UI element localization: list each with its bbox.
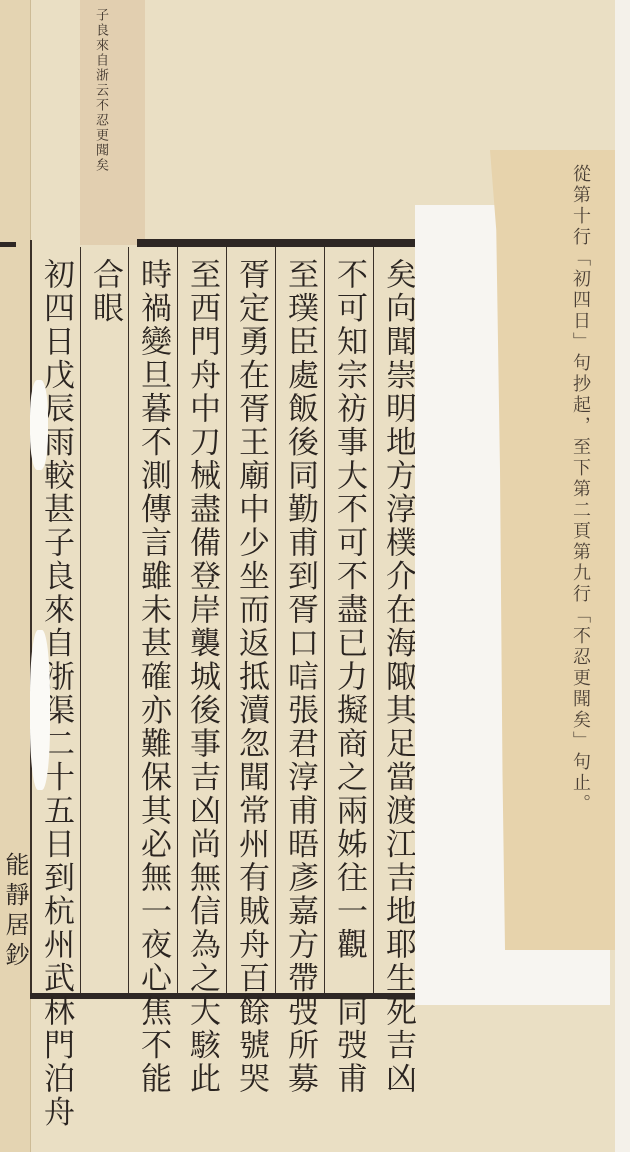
- page-edge: [615, 0, 630, 1152]
- text-column-2: 不可知宗祊事大不可不盡已力擬商之兩姊往一觀 同弢甫: [326, 258, 372, 1096]
- column-rule: [226, 247, 227, 993]
- column-rule: [128, 247, 129, 993]
- text-column-7: 合眼: [82, 258, 128, 325]
- text-column-3: 至璞臣處飯後同勤甫到胥口唁張君淳甫晤彥嘉方帶弢所募: [277, 258, 323, 1096]
- top-note: 子良來自浙云不忍更聞矣: [92, 8, 109, 173]
- text-column-6: 時禍變旦暮不測傳言雖未甚確亦難保其必無一夜心焦不能: [130, 258, 176, 1096]
- paper-damage: [30, 380, 48, 470]
- frame-top-left-rule: [0, 242, 16, 247]
- margin-title: 能靜居鈔: [0, 852, 30, 972]
- column-rule: [177, 247, 178, 993]
- column-rule: [80, 247, 81, 993]
- annotation-slip-note: 從第十行「初四日」句抄起，至下第二頁第九行「不忍更聞矣」句止。: [568, 164, 592, 815]
- binding-margin: [0, 0, 31, 1152]
- column-rule: [373, 247, 374, 993]
- annotation-slip: [490, 150, 615, 950]
- column-rule: [275, 247, 276, 993]
- text-column-5: 至西門舟中刀械盡備登岸襲城後事吉凶尚無信為之大駭此: [179, 258, 225, 1096]
- top-note-slip: [80, 0, 145, 245]
- text-column-4: 胥定勇在胥王廟中少坐而返抵瀆忽聞常州有賊舟百餘號哭: [228, 258, 274, 1096]
- column-rule: [324, 247, 325, 993]
- paper-damage: [30, 630, 50, 790]
